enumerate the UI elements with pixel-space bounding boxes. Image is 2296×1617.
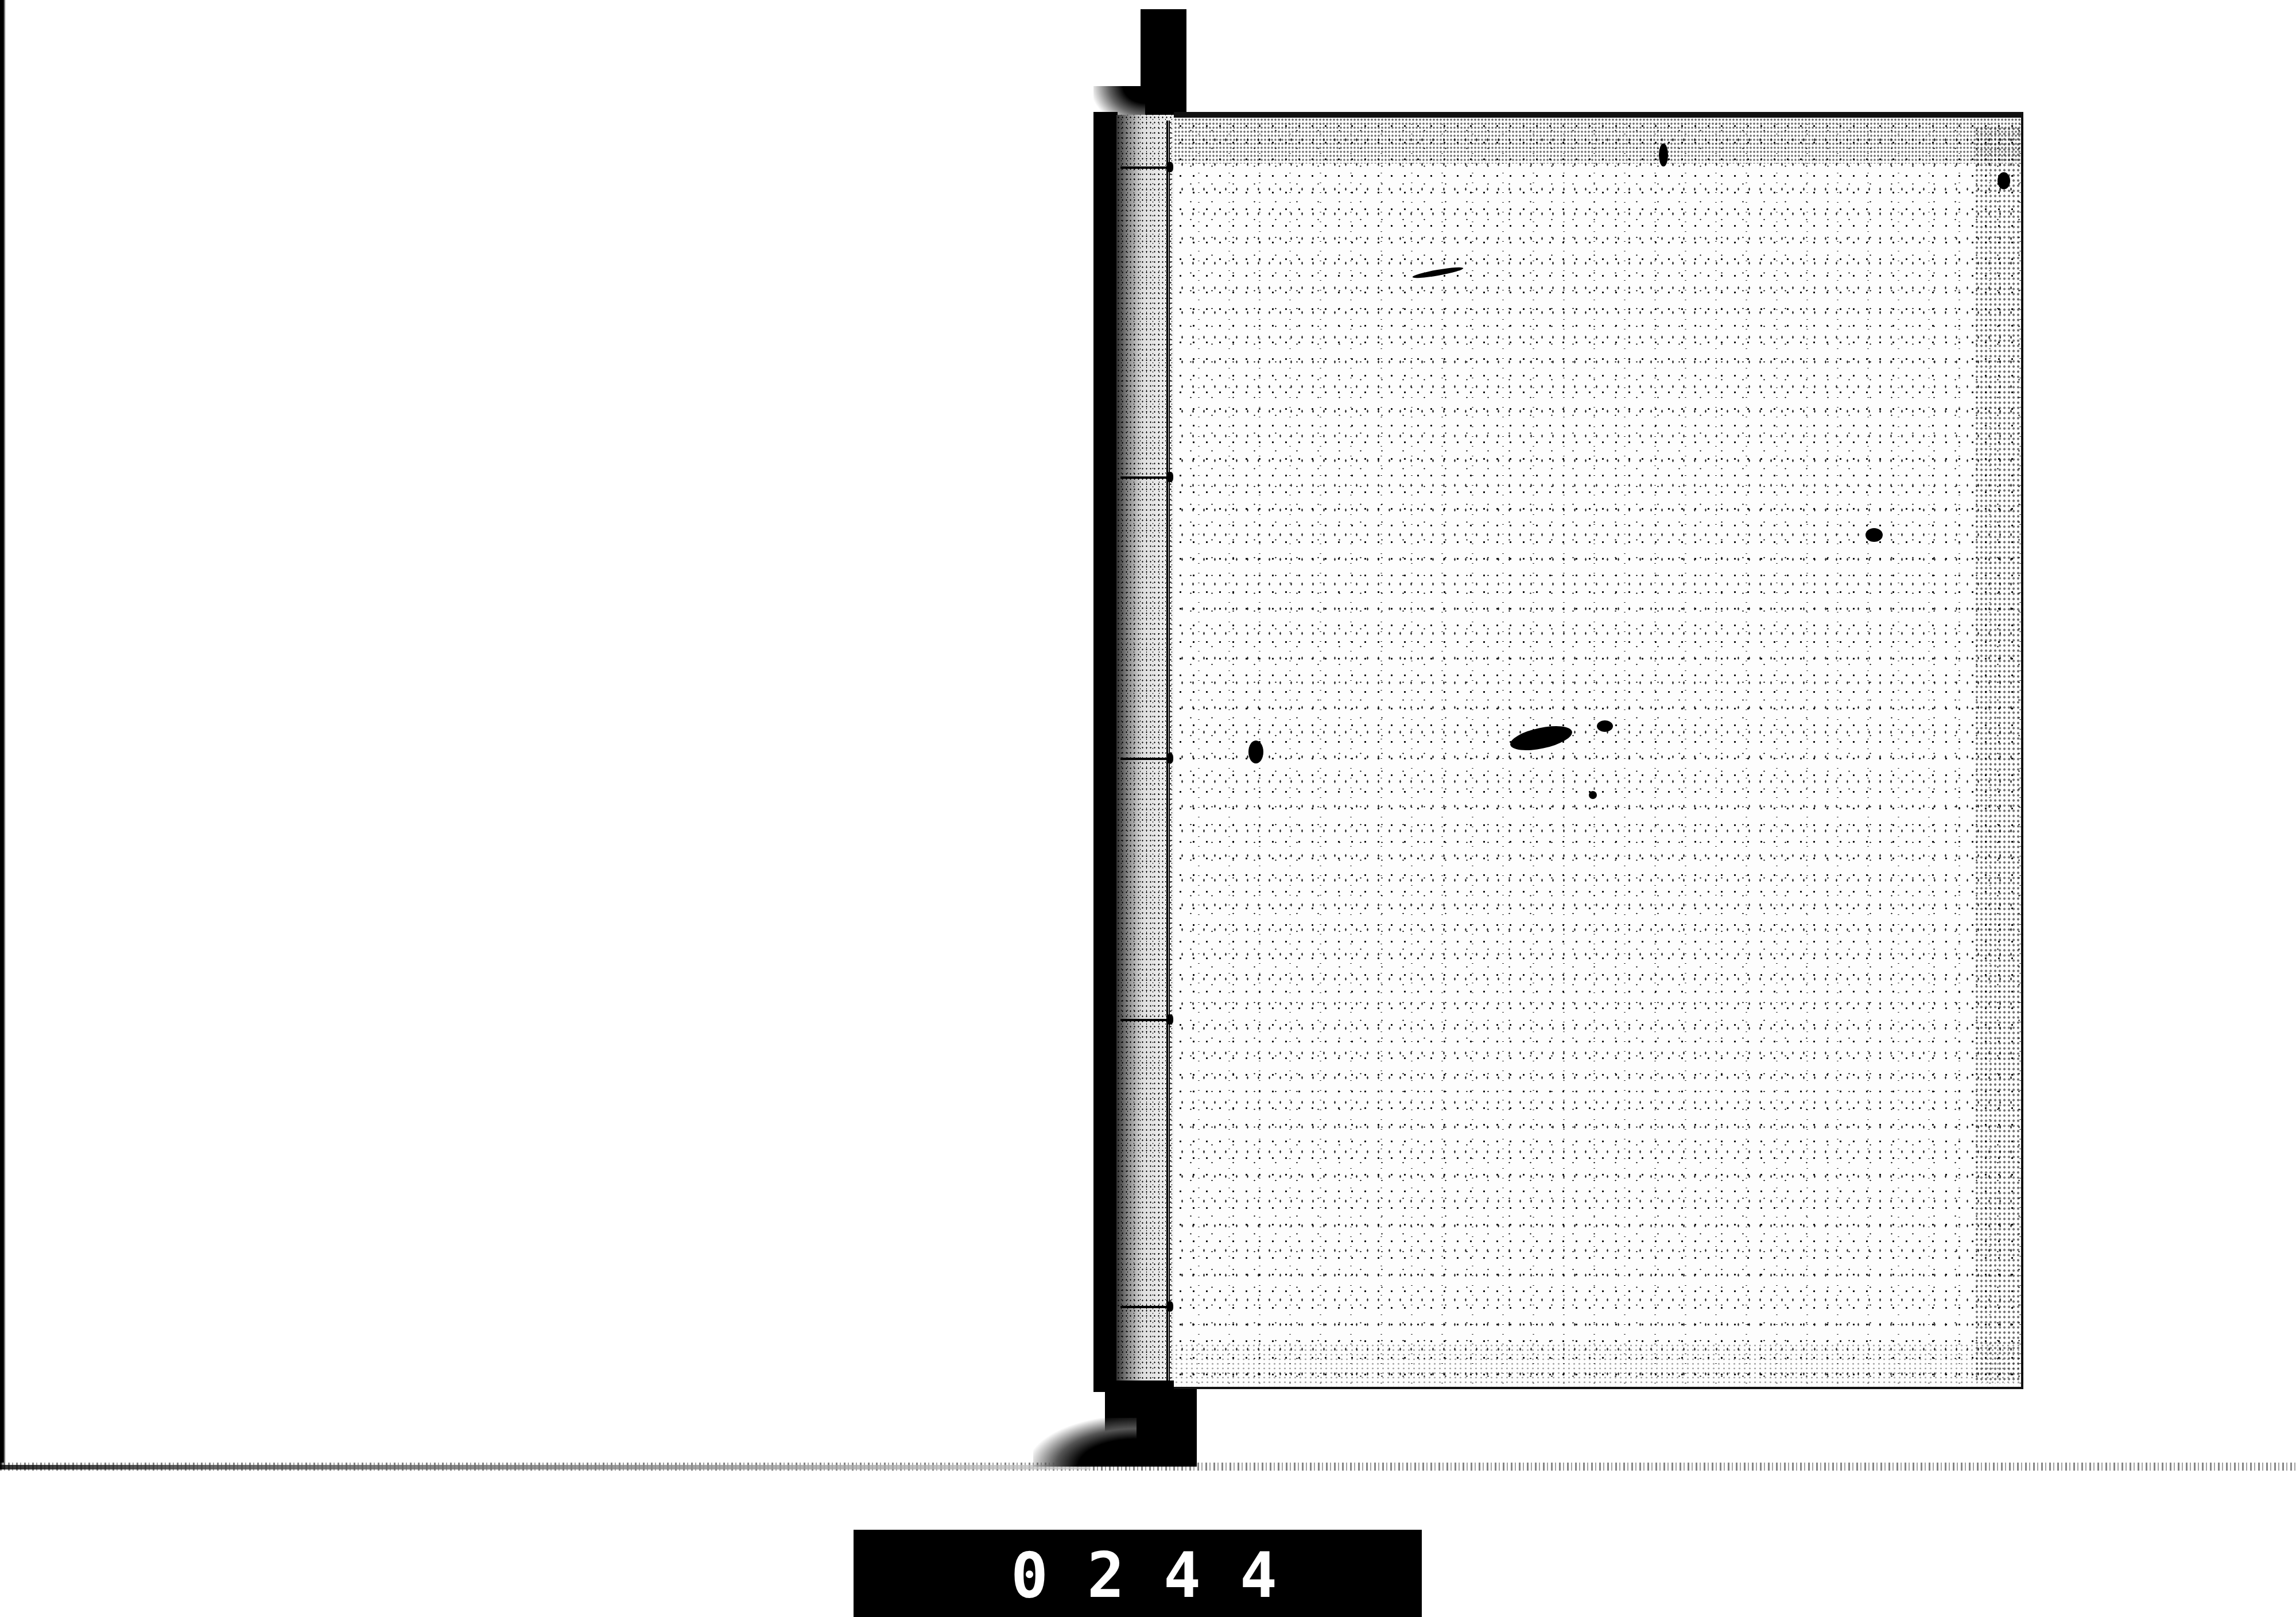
binding-margin xyxy=(1116,115,1174,1386)
spine-top-clamp xyxy=(1141,9,1186,118)
frame-number-plate: 0244 xyxy=(854,1530,1422,1617)
stitch-mark xyxy=(1120,166,1169,169)
cover-stain xyxy=(1597,720,1613,732)
book-cover xyxy=(1174,112,2023,1389)
stitch-mark xyxy=(1120,1306,1169,1308)
stitch-mark xyxy=(1120,476,1169,479)
cover-stain xyxy=(1589,791,1597,799)
book-spine xyxy=(1093,112,1118,1392)
binding-thread xyxy=(1166,121,1170,1383)
stitch-mark xyxy=(1120,1019,1169,1021)
cover-bottom-wear xyxy=(1174,1343,2023,1386)
cover-top-wear xyxy=(1174,118,2023,164)
stitch-mark xyxy=(1120,758,1169,760)
frame-number: 0244 xyxy=(854,1540,1422,1612)
cover-stain xyxy=(1998,172,2010,189)
left-page-edge xyxy=(0,0,6,1469)
cover-stain xyxy=(1248,740,1263,763)
cover-stain xyxy=(1659,144,1668,166)
spine-shadow-bottom xyxy=(1033,1418,1137,1467)
left-page-bottom-edge xyxy=(0,1465,1091,1469)
cover-stain xyxy=(1865,528,1883,542)
cover-right-wear xyxy=(1975,126,2023,1383)
